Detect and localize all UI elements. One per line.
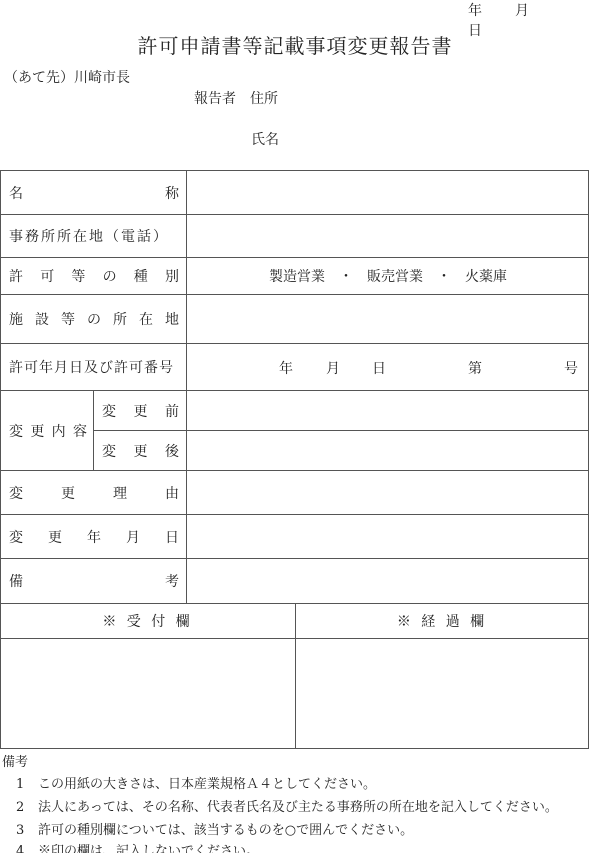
remarks-field[interactable]: [188, 560, 587, 602]
label-char: 変: [9, 421, 23, 441]
label-char: 更: [134, 401, 148, 421]
number-prefix-label: 第: [468, 358, 482, 378]
label-char: 変: [9, 483, 23, 503]
note-text: 法人にあっては、その名称、代表者氏名及び主たる事務所の所在地を記入してください。: [38, 800, 558, 815]
label-char: 内: [52, 421, 66, 441]
label-char: 可: [40, 266, 54, 286]
label-char: 年: [87, 527, 101, 547]
label-char: 更: [30, 421, 44, 441]
reception-header: ※ 受 付 欄: [0, 604, 295, 638]
label-char: 名: [9, 183, 23, 203]
note-item: 1この用紙の大きさは、日本産業規格Ａ４としてください。: [16, 773, 376, 792]
label-char: 由: [165, 483, 179, 503]
change-date-field[interactable]: [188, 516, 587, 557]
note-number: 4: [16, 844, 38, 853]
row-label-change-date: 変更年月日: [9, 515, 179, 558]
label-char: 称: [165, 183, 179, 203]
note-text: 許可の種別欄については、該当するものを○で囲んでください。: [38, 823, 413, 838]
day-label: 日: [372, 358, 386, 378]
addressee: （あて先）川崎市長: [4, 67, 130, 87]
label-char: 容: [73, 421, 87, 441]
table-line: [0, 170, 1, 748]
label-char: 変: [9, 527, 23, 547]
notes-heading: 備考: [2, 751, 28, 770]
row-label-permit-type: 許可等の種別: [9, 258, 179, 294]
after-change-field[interactable]: [188, 432, 587, 469]
row-label-facility-location: 施設等の所在地: [9, 295, 179, 343]
note-number: 1: [16, 777, 38, 792]
date-year-label: 年: [468, 0, 515, 20]
label-char: 更: [61, 483, 75, 503]
note-text: ※印の欄は、記入しないでください。: [38, 844, 259, 853]
label-char: 更: [48, 527, 62, 547]
year-label: 年: [279, 358, 293, 378]
label-char: 変: [102, 401, 116, 421]
table-line: [93, 390, 94, 470]
row-label-change-content: 変更内容: [9, 391, 87, 470]
label-char: 日: [165, 527, 179, 547]
label-char: 地: [165, 309, 179, 329]
note-item: 2法人にあっては、その名称、代表者氏名及び主たる事務所の所在地を記入してください…: [16, 796, 558, 815]
label-text: 事務所所在地（電話）: [9, 226, 169, 246]
reception-area: [2, 640, 294, 747]
row-label-name: 名称: [9, 171, 179, 214]
label-char: 種: [134, 266, 148, 286]
progress-area: [297, 640, 587, 747]
row-label-after-change: 変更後: [102, 431, 179, 470]
document-title: 許可申請書等記載事項変更報告書: [0, 30, 590, 59]
label-char: 別: [165, 266, 179, 286]
date-month-label: 月: [515, 0, 562, 20]
before-change-field[interactable]: [188, 392, 587, 429]
label-char: の: [87, 309, 101, 329]
label-char: 備: [9, 571, 23, 591]
office-address-field[interactable]: [188, 216, 587, 256]
label-text: 許可年月日及び許可番号: [9, 357, 174, 377]
row-label-office-address: 事務所所在地（電話）: [9, 215, 179, 257]
note-text: この用紙の大きさは、日本産業規格Ａ４としてください。: [38, 777, 376, 792]
table-line: [588, 170, 589, 748]
label-char: 理: [113, 483, 127, 503]
permit-date-number-field[interactable]: 年 月 日 第 号: [188, 344, 588, 390]
label-char: 等: [61, 309, 75, 329]
month-label: 月: [326, 358, 340, 378]
label-char: 月: [126, 527, 140, 547]
note-number: 2: [16, 800, 38, 815]
label-char: 許: [9, 266, 23, 286]
label-char: の: [103, 266, 117, 286]
label-char: 在: [139, 309, 153, 329]
label-char: 考: [165, 571, 179, 591]
label-char: 後: [165, 441, 179, 461]
label-char: 前: [165, 401, 179, 421]
table-line: [0, 390, 589, 391]
label-char: 変: [102, 441, 116, 461]
row-label-change-reason: 変更理由: [9, 471, 179, 514]
name-field[interactable]: [188, 172, 587, 213]
row-label-before-change: 変更前: [102, 391, 179, 430]
row-label-remarks: 備考: [9, 559, 179, 603]
facility-location-field[interactable]: [188, 296, 587, 342]
progress-header: ※ 経 過 欄: [296, 604, 588, 638]
label-char: 等: [71, 266, 85, 286]
permit-type-options[interactable]: 製造営業 ・ 販売営業 ・ 火薬庫: [188, 258, 588, 294]
table-line: [0, 748, 589, 749]
label-char: 所: [113, 309, 127, 329]
label-char: 施: [9, 309, 23, 329]
row-label-permit-date-number: 許可年月日及び許可番号: [9, 344, 179, 390]
note-number: 3: [16, 823, 38, 838]
table-line: [186, 170, 187, 603]
note-item: 4※印の欄は、記入しないでください。: [16, 840, 259, 853]
note-item: 3許可の種別欄については、該当するものを○で囲んでください。: [16, 819, 413, 838]
label-char: 設: [35, 309, 49, 329]
number-suffix-label: 号: [564, 358, 578, 378]
label-char: 更: [134, 441, 148, 461]
reporter-name-label: 氏名: [251, 129, 279, 149]
reporter-address-label: 報告者 住所: [194, 88, 278, 108]
change-reason-field[interactable]: [188, 472, 587, 513]
